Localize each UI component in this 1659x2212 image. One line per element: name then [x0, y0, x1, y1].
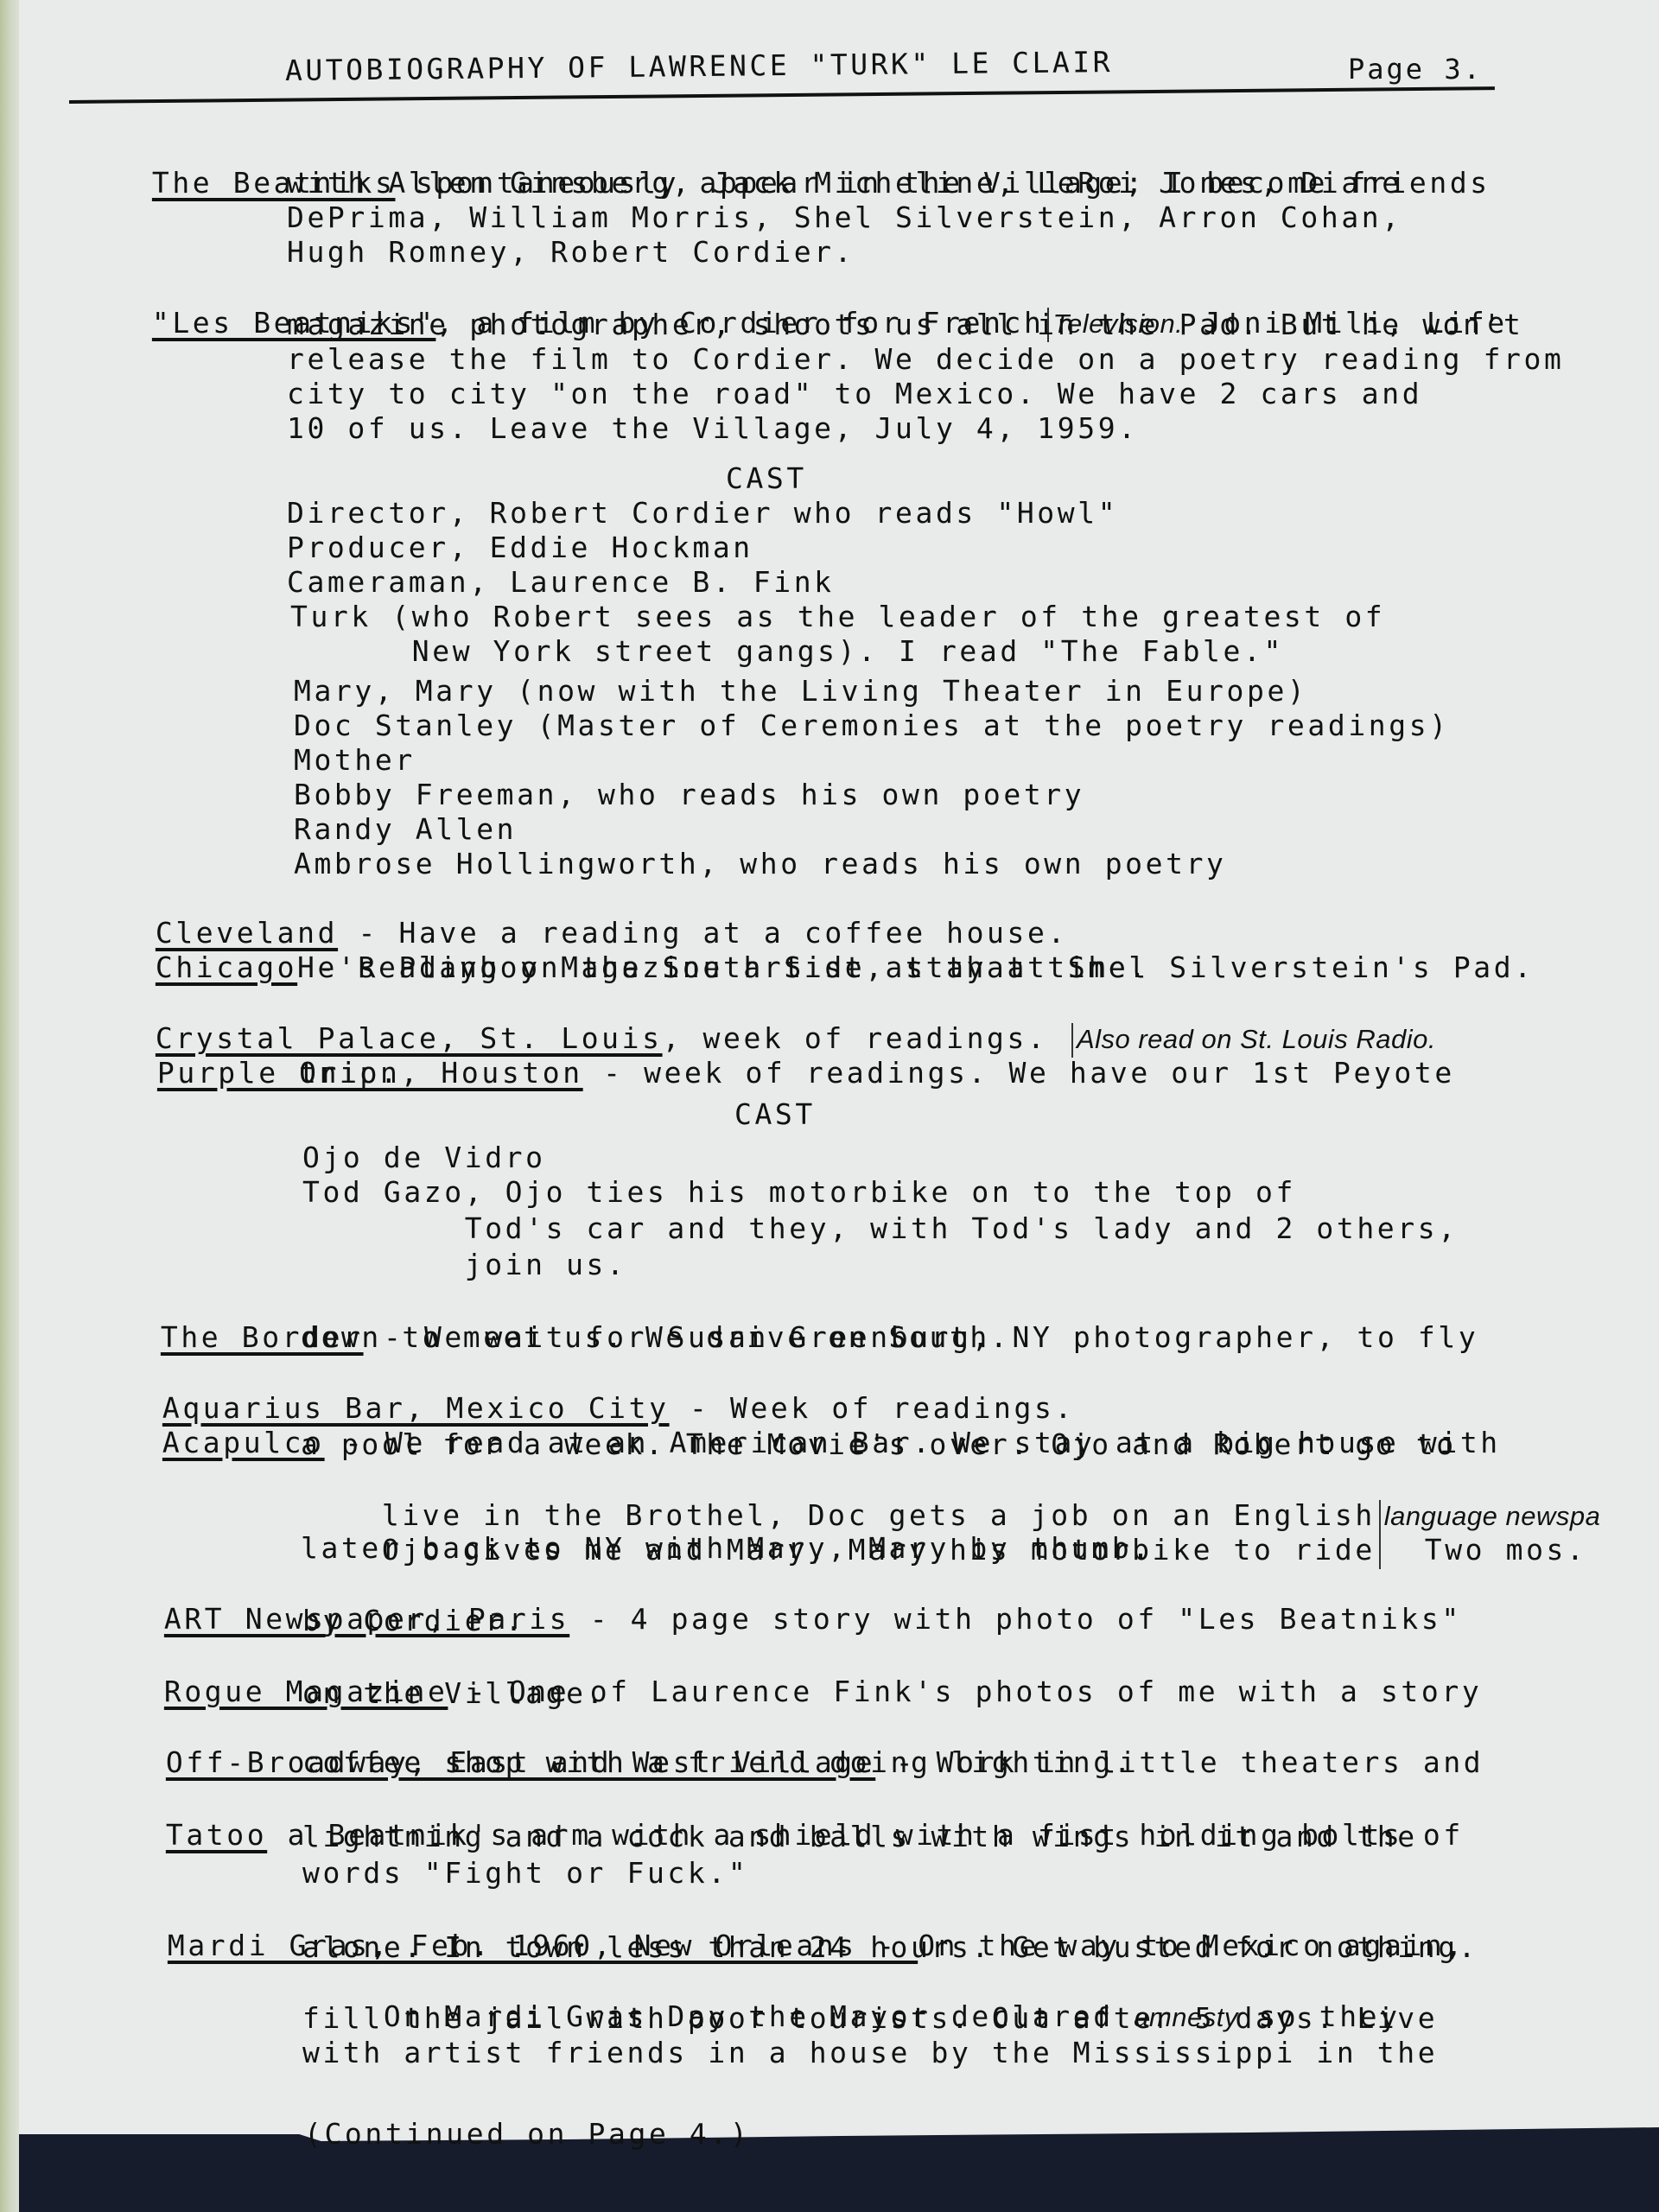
page-number: Page 3.	[1348, 52, 1483, 86]
cast-member: Ojo de Vidro	[302, 1141, 546, 1175]
cast-heading: CAST	[726, 461, 807, 496]
cast-member: Cameraman, Laurence B. Fink	[287, 565, 835, 600]
continued-footer: (Continued on Page 4.)	[304, 2117, 750, 2152]
cast-member: Tod Gazo, Ojo ties his motorbike on to t…	[302, 1175, 1296, 1210]
header-rule	[69, 86, 1495, 104]
cast-member: Mother	[294, 743, 416, 778]
cast-member: Producer, Eddie Hockman	[287, 531, 753, 565]
cast-member: Bobby Freeman, who reads his own poetry	[294, 778, 1084, 812]
cast-member: Randy Allen	[294, 812, 517, 847]
cast-member: Doc Stanley (Master of Ceremonies at the…	[294, 709, 1450, 743]
typewritten-document: AUTOBIOGRAPHY OF LAWRENCE "TURK" LE CLAI…	[0, 0, 1659, 2212]
cast-member: Ambrose Hollingworth, who reads his own …	[294, 847, 1227, 881]
cast-member: New York street gangs). I read "The Fabl…	[290, 634, 1284, 669]
cast-member: join us.	[302, 1248, 626, 1282]
cast-member: Mary, Mary (now with the Living Theater …	[294, 674, 1307, 709]
insertion-mark	[1379, 1535, 1381, 1569]
document-title: AUTOBIOGRAPHY OF LAWRENCE "TURK" LE CLAI…	[285, 45, 1113, 88]
cast-heading: CAST	[734, 1097, 816, 1132]
cast-member: Tod's car and they, with Tod's lady and …	[302, 1211, 1459, 1246]
cast-member: Turk (who Robert sees as the leader of t…	[290, 600, 1385, 634]
cast-member: Director, Robert Cordier who reads "Howl…	[287, 496, 1118, 531]
